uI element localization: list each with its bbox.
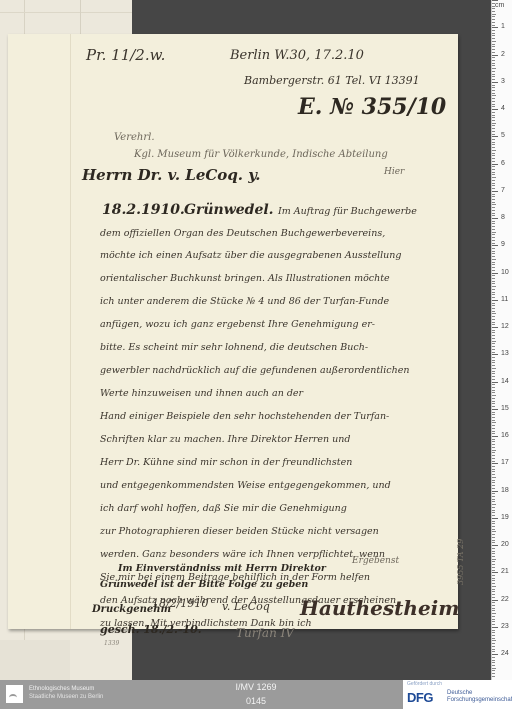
- ruler-tick: [492, 270, 495, 271]
- body-line: Herr Dr. Kühne sind mir schon in der fre…: [100, 457, 352, 468]
- closing: Ergebenst: [352, 556, 399, 566]
- ruler-tick: [492, 455, 495, 456]
- ruler-tick: [492, 482, 495, 483]
- ruler-tick: [492, 85, 495, 86]
- ruler-tick: [492, 25, 495, 26]
- ruler-tick: [492, 30, 495, 31]
- ruler-tick: [492, 428, 495, 429]
- reference-top-left: Pr. 11/2.w.: [86, 46, 165, 64]
- underlying-sheet-bottom: [0, 640, 70, 680]
- ruler-tick: [492, 551, 495, 552]
- ruler-tick: [492, 529, 495, 530]
- ruler-tick: [492, 676, 495, 677]
- ruler-tick: [492, 406, 495, 407]
- ruler-tick: [492, 150, 496, 151]
- ruler-tick: [492, 362, 495, 363]
- ruler-tick: [492, 297, 495, 298]
- funder-name-line-2: Forschungsgemeinschaft: [447, 697, 512, 704]
- ruler-tick: [492, 431, 495, 432]
- document-scan: Pr. 11/2.w. Berlin W.30, 17.2.10 Bamberg…: [0, 0, 512, 680]
- ruler-tick: [492, 458, 495, 459]
- ruler-tick: [492, 425, 495, 426]
- body-line: werden. Ganz besonders wäre ich Ihnen ve…: [100, 549, 385, 560]
- ruler-tick: [492, 120, 495, 121]
- ruler-tick: [492, 613, 496, 614]
- ruler-label: 12: [501, 323, 509, 330]
- approval-initials: v. LeCoq: [222, 600, 270, 613]
- ruler-tick: [492, 392, 495, 393]
- ruler-tick: [492, 515, 495, 516]
- fold-line: [80, 0, 81, 34]
- ruler-tick: [492, 6, 495, 7]
- ruler-label: 20: [501, 541, 509, 548]
- ruler-tick: [492, 469, 495, 470]
- viewer-footer: Ethnologisches Museum Staatliche Museen …: [0, 680, 512, 709]
- ruler-label: 19: [501, 514, 509, 521]
- place-date: Berlin W.30, 17.2.10: [230, 48, 364, 63]
- ruler-tick: [492, 414, 495, 415]
- ruler-tick: [492, 16, 495, 17]
- ruler-tick: [492, 632, 495, 633]
- ruler-tick: [492, 115, 495, 116]
- ruler-tick: [492, 480, 495, 481]
- ruler-tick: [492, 27, 498, 28]
- funder-name-line-1: Deutsche: [447, 690, 512, 697]
- ruler-label: 7: [501, 187, 505, 194]
- ruler-label: 9: [501, 241, 505, 248]
- ruler-tick: [492, 521, 495, 522]
- ruler-tick: [492, 343, 495, 344]
- funder-badge: Gefördert durch DFG Deutsche Forschungsg…: [403, 680, 512, 709]
- ruler-tick: [492, 188, 495, 189]
- ruler-label: 8: [501, 214, 505, 221]
- ruler-tick: [492, 401, 495, 402]
- ruler-tick: [492, 251, 495, 252]
- ruler-tick: [492, 422, 496, 423]
- ruler-tick: [492, 79, 495, 80]
- ruler-tick: [492, 360, 495, 361]
- approval-line-1: Im Einverständniss mit Herrn Direktor: [118, 563, 326, 574]
- ruler-tick: [492, 600, 498, 601]
- ruler-tick: [492, 548, 495, 549]
- ruler-tick: [492, 346, 495, 347]
- ruler-tick: [492, 256, 495, 257]
- ruler-tick: [492, 477, 496, 478]
- ruler-tick: [492, 332, 495, 333]
- date-note: 18.2.1910.: [102, 202, 185, 218]
- ruler-tick: [492, 74, 495, 75]
- ruler-tick: [492, 630, 495, 631]
- ruler-tick: [492, 450, 496, 451]
- ruler-tick: [492, 253, 495, 254]
- ruler-tick: [492, 237, 495, 238]
- ruler-tick: [492, 313, 496, 314]
- ruler-tick: [492, 174, 495, 175]
- ruler-tick: [492, 638, 495, 639]
- ruler-tick: [492, 289, 495, 290]
- ruler-tick: [492, 204, 496, 205]
- ruler-tick: [492, 651, 495, 652]
- signature: Hauthestheim: [300, 596, 459, 620]
- ruler-tick: [492, 371, 495, 372]
- ruler-tick: [492, 55, 498, 56]
- ruler-tick: [492, 202, 495, 203]
- ruler-tick: [492, 594, 495, 595]
- ruler-tick: [492, 123, 496, 124]
- ruler-tick: [492, 564, 495, 565]
- ruler-tick: [492, 534, 495, 535]
- ruler-tick: [492, 420, 495, 421]
- ruler-tick: [492, 602, 495, 603]
- ruler-tick: [492, 109, 498, 110]
- ruler-tick: [492, 240, 495, 241]
- margin-inventory-number: 3955 TA 29: [456, 539, 465, 585]
- ruler-tick: [492, 199, 495, 200]
- ruler-tick: [492, 512, 495, 513]
- ruler-tick: [492, 278, 495, 279]
- ruler-tick: [492, 605, 495, 606]
- ruler-tick: [492, 518, 498, 519]
- ruler-tick: [492, 649, 495, 650]
- ruler-tick: [492, 8, 495, 9]
- ruler-tick: [492, 215, 495, 216]
- ruler-label: 22: [501, 596, 509, 603]
- left-note-2: gesch. 18./2.-10.: [100, 623, 202, 636]
- ruler-tick: [492, 507, 495, 508]
- ruler-tick: [492, 161, 495, 162]
- date-note-name: Grünwedel.: [184, 202, 274, 218]
- ruler-tick: [492, 65, 495, 66]
- ruler-tick: [492, 444, 495, 445]
- ruler-tick: [492, 183, 495, 184]
- ruler-tick: [492, 610, 495, 611]
- recipient: Kgl. Museum für Völkerkunde, Indische Ab…: [134, 149, 388, 160]
- approval-line-2: Grünwedel ist der Bitte Folge zu geben: [100, 579, 308, 590]
- ruler-tick: [492, 368, 496, 369]
- ruler-label: 2: [501, 51, 505, 58]
- ruler-tick: [492, 172, 495, 173]
- ruler-tick: [492, 327, 498, 328]
- ruler-tick: [492, 412, 495, 413]
- ruler-tick: [492, 95, 496, 96]
- ruler-tick: [492, 93, 495, 94]
- ruler-tick: [492, 504, 496, 505]
- ruler-tick: [492, 643, 495, 644]
- ruler-tick: [492, 624, 495, 625]
- ruler-tick: [492, 578, 495, 579]
- ruler-tick: [492, 144, 495, 145]
- ruler-tick: [492, 22, 495, 23]
- body-line: dem offiziellen Organ des Deutschen Buch…: [100, 228, 385, 239]
- ruler-tick: [492, 262, 495, 263]
- body-line: zur Photographieren dieser beiden Stücke…: [100, 526, 379, 537]
- ruler-tick: [492, 341, 496, 342]
- body-line: ich unter anderem die Stücke № 4 und 86 …: [100, 296, 389, 307]
- ruler-tick: [492, 635, 495, 636]
- ruler-tick: [492, 322, 495, 323]
- ruler-tick: [492, 71, 495, 72]
- body-line: gewerbler nachdrücklich auf die gefunden…: [100, 365, 409, 376]
- ruler-tick: [492, 14, 496, 15]
- ruler-tick: [492, 390, 495, 391]
- ruler-tick: [492, 491, 498, 492]
- ruler-tick: [492, 60, 495, 61]
- ruler-label: 10: [501, 269, 509, 276]
- ruler-tick: [492, 510, 495, 511]
- ruler-tick: [492, 542, 495, 543]
- ruler-label: 16: [501, 432, 509, 439]
- ruler-tick: [492, 136, 498, 137]
- ruler-tick: [492, 191, 498, 192]
- ruler-tick: [492, 273, 498, 274]
- ruler-label: 5: [501, 132, 505, 139]
- funded-by-label: Gefördert durch: [407, 681, 442, 687]
- ruler-tick: [492, 545, 498, 546]
- ruler-tick: [492, 619, 495, 620]
- ruler-tick: [492, 213, 495, 214]
- ruler-tick: [492, 537, 495, 538]
- ruler-tick: [492, 357, 495, 358]
- ruler-tick: [492, 286, 496, 287]
- ruler-tick: [492, 153, 495, 154]
- ruler-tick: [492, 98, 495, 99]
- ruler-tick: [492, 665, 495, 666]
- ruler-tick: [492, 63, 495, 64]
- ruler-tick: [492, 106, 495, 107]
- ruler-tick: [492, 281, 495, 282]
- ruler-tick: [492, 264, 495, 265]
- body-line: Schriften klar zu machen. Ihre Direktor …: [100, 434, 350, 445]
- ruler-tick: [492, 223, 495, 224]
- ruler-tick: [492, 3, 495, 4]
- ruler-tick: [492, 311, 495, 312]
- ruler-tick: [492, 461, 495, 462]
- ruler-tick: [492, 608, 495, 609]
- ruler-tick: [492, 597, 495, 598]
- ruler-label: 24: [501, 650, 509, 657]
- stamp-number: 1339: [104, 640, 119, 647]
- ruler-tick: [492, 540, 495, 541]
- body-line: möchte ich einen Aufsatz über die ausgeg…: [100, 250, 401, 261]
- ruler-tick: [492, 668, 496, 669]
- ruler-tick: [492, 570, 495, 571]
- body-line: Im Auftrag für Buchgewerbe: [278, 206, 417, 217]
- ruler-tick: [492, 324, 495, 325]
- ruler-tick: [492, 583, 495, 584]
- ruler-tick: [492, 308, 495, 309]
- ruler-tick: [492, 169, 495, 170]
- ruler-tick: [492, 409, 498, 410]
- ruler-tick: [492, 142, 495, 143]
- ruler-tick: [492, 125, 495, 126]
- journal-number: E. № 355/10: [298, 94, 446, 120]
- ruler-label: 18: [501, 487, 509, 494]
- ruler-tick: [492, 221, 495, 222]
- ruler-tick: [492, 226, 495, 227]
- body-line: Hand einiger Beispiele den sehr hochsteh…: [100, 411, 389, 422]
- ruler-tick: [492, 496, 495, 497]
- ruler-tick: [492, 531, 496, 532]
- ruler-tick: [492, 300, 498, 301]
- left-note-1: Druckgenehm: [92, 604, 171, 615]
- ruler-tick: [492, 654, 498, 655]
- ruler-tick: [492, 117, 495, 118]
- ruler-tick: [492, 474, 495, 475]
- ruler-tick: [492, 68, 496, 69]
- ruler-tick: [492, 335, 495, 336]
- ruler-tick: [492, 553, 495, 554]
- funder-name: Deutsche Forschungsgemeinschaft: [447, 690, 512, 704]
- ruler-label: 15: [501, 405, 509, 412]
- letter-page: Pr. 11/2.w. Berlin W.30, 17.2.10 Bamberg…: [8, 34, 458, 629]
- ruler-tick: [492, 131, 495, 132]
- ruler-label: 11: [501, 296, 508, 303]
- ruler-tick: [492, 379, 495, 380]
- measurement-ruler: cm 1234567891011121314151617181920212223…: [491, 0, 512, 680]
- ruler-tick: [492, 398, 495, 399]
- sender-address: Bambergerstr. 61 Tel. VI 13391: [244, 74, 420, 87]
- body-line: Werte hinzuweisen und ihnen auch an der: [100, 388, 303, 399]
- ruler-tick: [492, 207, 495, 208]
- ruler-tick: [492, 90, 495, 91]
- ruler-tick: [492, 670, 495, 671]
- ruler-tick: [492, 349, 495, 350]
- ruler-tick: [492, 210, 495, 211]
- ruler-tick: [492, 441, 495, 442]
- ruler-tick: [492, 526, 495, 527]
- ruler-tick: [492, 523, 495, 524]
- ruler-tick: [492, 164, 498, 165]
- ruler-tick: [492, 384, 495, 385]
- ruler-tick: [492, 147, 495, 148]
- ruler-label: 6: [501, 160, 505, 167]
- ruler-tick: [492, 49, 495, 50]
- ruler-tick: [492, 616, 495, 617]
- ruler-tick: [492, 387, 495, 388]
- ruler-tick: [492, 139, 495, 140]
- salutation-prefix: Verehrl.: [114, 132, 155, 143]
- ruler-tick: [492, 439, 495, 440]
- ruler-tick: [492, 101, 495, 102]
- ruler-tick: [492, 365, 495, 366]
- body-line: ich darf wohl hoffen, daß Sie mir die Ge…: [100, 503, 347, 514]
- ruler-tick: [492, 572, 498, 573]
- ruler-tick: [492, 232, 496, 233]
- ruler-tick: [492, 338, 495, 339]
- ruler-tick: [492, 234, 495, 235]
- ruler-tick: [492, 591, 495, 592]
- ruler-tick: [492, 433, 495, 434]
- ruler-tick: [492, 283, 495, 284]
- turfan-note: Turfan IV: [236, 626, 294, 640]
- ruler-unit: cm: [495, 2, 504, 9]
- ruler-tick: [492, 87, 495, 88]
- ruler-tick: [492, 567, 495, 568]
- ruler-tick: [492, 559, 496, 560]
- ruler-tick: [492, 660, 495, 661]
- ruler-tick: [492, 52, 495, 53]
- ruler-tick: [492, 501, 495, 502]
- ruler-label: 14: [501, 378, 509, 385]
- ruler-tick: [492, 248, 495, 249]
- body-line: bitte. Es scheint mir sehr lohnend, die …: [100, 342, 368, 353]
- ruler-tick: [492, 586, 496, 587]
- ruler-tick: [492, 33, 495, 34]
- ruler-tick: [492, 673, 495, 674]
- ruler-tick: [492, 44, 495, 45]
- ruler-tick: [492, 403, 495, 404]
- dfg-logo-icon: DFG: [407, 690, 433, 705]
- body-line: und entgegenkommendsten Weise entgegenge…: [100, 480, 391, 491]
- ruler-tick: [492, 556, 495, 557]
- ruler-tick: [492, 41, 496, 42]
- ruler-tick: [492, 11, 495, 12]
- ruler-tick: [492, 166, 495, 167]
- body-line: orientalischer Buchkunst bringen. Als Il…: [100, 273, 390, 284]
- ruler-tick: [492, 499, 495, 500]
- ruler-tick: [492, 316, 495, 317]
- ruler-tick: [492, 303, 495, 304]
- ruler-tick: [492, 57, 495, 58]
- ruler-tick: [492, 218, 498, 219]
- ruler-tick: [492, 493, 495, 494]
- ruler-tick: [492, 177, 496, 178]
- ruler-tick: [492, 155, 495, 156]
- ruler-tick: [492, 0, 498, 1]
- body-line: anfügen, wozu ich ganz ergebenst Ihre Ge…: [100, 319, 375, 330]
- ruler-label: 3: [501, 78, 505, 85]
- ruler-tick: [492, 305, 495, 306]
- ruler-tick: [492, 447, 495, 448]
- ruler-tick: [492, 646, 495, 647]
- ruler-tick: [492, 463, 498, 464]
- routing-note: Herrn Dr. v. LeCoq. y.: [82, 166, 260, 184]
- ruler-tick: [492, 488, 495, 489]
- ruler-tick: [492, 382, 498, 383]
- ruler-tick: [492, 662, 495, 663]
- ruler-label: 13: [501, 350, 509, 357]
- ruler-label: 17: [501, 459, 509, 466]
- ruler-tick: [492, 134, 495, 135]
- ruler-tick: [492, 373, 495, 374]
- ruler-label: 23: [501, 623, 509, 630]
- ruler-tick: [492, 417, 495, 418]
- ruler-tick: [492, 267, 495, 268]
- ruler-label: 4: [501, 105, 505, 112]
- ruler-tick: [492, 319, 495, 320]
- ruler-tick: [492, 104, 495, 105]
- ruler-tick: [492, 436, 498, 437]
- ruler-tick: [492, 82, 498, 83]
- ruler-tick: [492, 158, 495, 159]
- ruler-tick: [492, 245, 498, 246]
- ruler-tick: [492, 330, 495, 331]
- ruler-tick: [492, 196, 495, 197]
- ruler-tick: [492, 640, 496, 641]
- ruler-tick: [492, 561, 495, 562]
- ruler-tick: [492, 76, 495, 77]
- ruler-tick: [492, 471, 495, 472]
- ruler-tick: [492, 112, 495, 113]
- recipient-location: Hier: [384, 167, 404, 177]
- ruler-tick: [492, 485, 495, 486]
- ruler-tick: [492, 621, 495, 622]
- ruler-tick: [492, 575, 495, 576]
- ruler-tick: [492, 275, 495, 276]
- ruler-tick: [492, 395, 496, 396]
- ruler-tick: [492, 589, 495, 590]
- ruler-tick: [492, 46, 495, 47]
